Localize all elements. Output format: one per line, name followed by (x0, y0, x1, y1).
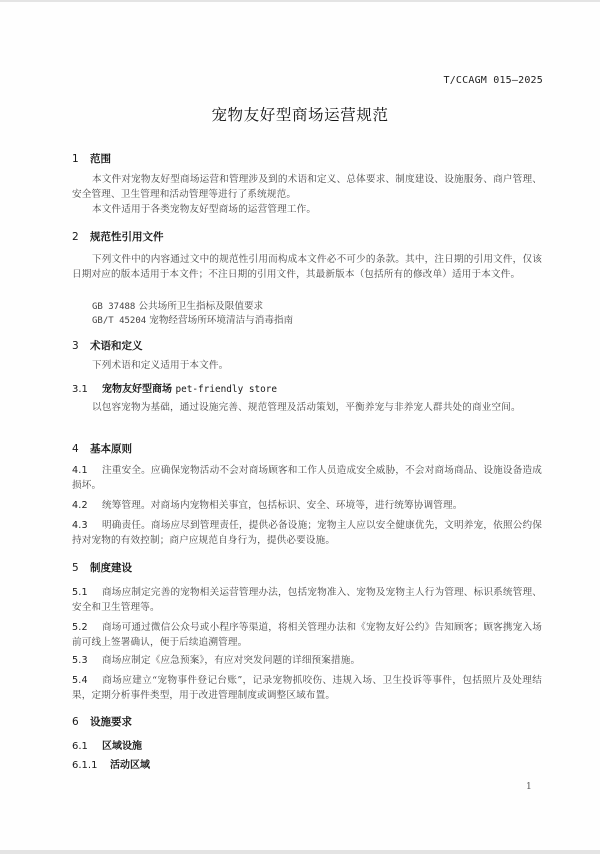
section-heading-3: 3术语和定义 (72, 338, 143, 353)
section-2-paragraph: 下列文件中的内容通过文中的规范性引用而构成本文件必不可少的条款。其中，注日期的引… (72, 252, 542, 282)
clause-5-3: 5.3商场应制定《应急预案》，有应对突发问题的详细预案措施。 (72, 653, 542, 668)
document-code: T/CCAGM 015—2025 (443, 75, 543, 86)
subsection-heading-6-1: 6.1区域设施 (72, 737, 142, 752)
document-title: 宠物友好型商场运营规范 (0, 103, 600, 125)
section-heading-1: 1范围 (72, 151, 111, 166)
reference-item: GB/T 45204 宠物经营场所环境清洁与消毒指南 (92, 312, 293, 326)
page-number: 1 (526, 782, 532, 792)
subsection-heading-6-1-1: 6.1.1活动区域 (72, 756, 150, 771)
section-heading-2: 2规范性引用文件 (72, 229, 164, 244)
clause-5-1: 5.1商场应制定完善的宠物相关运营管理办法，包括宠物准入、宠物及宠物主人行为管理… (72, 585, 542, 615)
clause-5-4: 5.4商场应建立“宠物事件登记台账”，记录宠物抓咬伤、违规入场、卫生投诉等事件，… (72, 673, 542, 703)
section-heading-4: 4基本原则 (72, 441, 132, 456)
section-heading-6: 6设施要求 (72, 714, 132, 729)
section-3-paragraph: 下列术语和定义适用于本文件。 (72, 358, 542, 373)
clause-4-3: 4.3明确责任。商场应尽到管理责任，提供必备设施；宠物主人应以安全健康优先，文明… (72, 518, 542, 548)
document-page: T/CCAGM 015—2025 宠物友好型商场运营规范 1范围 本文件对宠物友… (0, 2, 600, 850)
section-heading-5: 5制度建设 (72, 560, 132, 575)
section-1-paragraph: 本文件适用于各类宠物友好型商场的运营管理工作。 (72, 202, 542, 217)
section-1-paragraph: 本文件对宠物友好型商场运营和管理涉及到的术语和定义、总体要求、制度建设、设施服务… (72, 172, 542, 202)
clause-5-2: 5.2商场可通过微信公众号或小程序等渠道，将相关管理办法和《宠物友好公约》告知顾… (72, 620, 542, 650)
reference-item: GB 37488 公共场所卫生指标及限值要求 (92, 298, 263, 312)
clause-4-1: 4.1注重安全。应确保宠物活动不会对商场顾客和工作人员造成安全威胁，不会对商场商… (72, 463, 542, 493)
term-heading: 3.1宠物友好型商场 pet-friendly store (72, 380, 277, 395)
term-definition: 以包容宠物为基础，通过设施完善、规范管理及活动策划，平衡养宠与非养宠人群共处的商… (72, 400, 542, 415)
clause-4-2: 4.2统筹管理。对商场内宠物相关事宜，包括标识、安全、环境等，进行统筹协调管理。 (72, 498, 542, 513)
